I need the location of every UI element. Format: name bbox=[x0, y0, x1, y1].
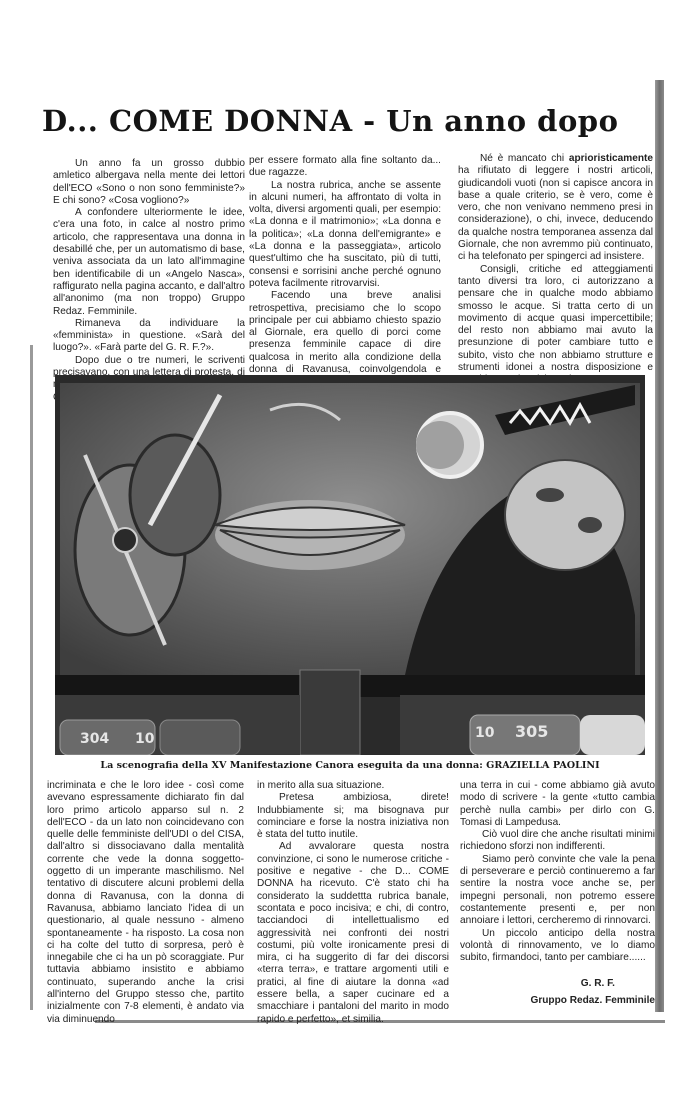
paragraph: Né è mancato chi aprioristicamente ha ri… bbox=[458, 153, 653, 264]
page-edge-right bbox=[655, 80, 664, 1012]
paragraph: La nostra rubrica, anche se assente in a… bbox=[249, 180, 441, 291]
page-edge-left bbox=[30, 345, 33, 1010]
paragraph: Pretesa ambiziosa, direte! Indubbiamente… bbox=[257, 792, 449, 841]
seat-number: 10 bbox=[475, 725, 495, 741]
emphasis: aprioristicamente bbox=[569, 153, 653, 164]
column-1: Un anno fa un grosso dubbio amletico alb… bbox=[53, 158, 245, 404]
paragraph: Ciò vuol dire che anche risultati minimi… bbox=[460, 829, 655, 854]
paragraph: una terra in cui - come abbiamo già avut… bbox=[460, 780, 655, 829]
signature-initials: G. R. F. bbox=[460, 978, 655, 990]
article-headline: D... COME DONNA - Un anno dopo bbox=[42, 104, 652, 144]
moon-motif bbox=[416, 413, 482, 477]
seat-number: 304 bbox=[80, 731, 109, 747]
paragraph: incriminata e che le loro idee - così co… bbox=[47, 780, 244, 1026]
paragraph: A confondere ulteriormente le idee, c'er… bbox=[53, 207, 245, 318]
seat-number: 10 bbox=[135, 731, 155, 747]
caption-artist-name: GRAZIELLA PAOLINI bbox=[486, 760, 600, 771]
column-4: incriminata e che le loro idee - così co… bbox=[47, 780, 244, 1026]
column-6: una terra in cui - come abbiamo già avut… bbox=[460, 780, 655, 1007]
signature-name: Gruppo Redaz. Femminile bbox=[460, 995, 655, 1007]
paragraph: Rimaneva da individuare la «femminista» … bbox=[53, 318, 245, 355]
column-2: per essere formato alla fine soltanto da… bbox=[249, 155, 441, 401]
photo-caption: La scenografia della XV Manifestazione C… bbox=[100, 760, 600, 771]
paragraph: Un piccolo anticipo della nostra volontà… bbox=[460, 928, 655, 965]
seat-number: 305 bbox=[515, 722, 548, 741]
article-photo: 304 10 10 305 bbox=[55, 375, 645, 755]
paragraph: per essere formato alla fine soltanto da… bbox=[249, 155, 441, 180]
paragraph: Ad avvalorare questa nostra convinzione,… bbox=[257, 841, 449, 1025]
paragraph: Consigli, critiche ed atteggiamenti tant… bbox=[458, 264, 653, 387]
paragraph: Un anno fa un grosso dubbio amletico alb… bbox=[53, 158, 245, 207]
column-5: in merito alla sua situazione. Pretesa a… bbox=[257, 780, 449, 1026]
paragraph: in merito alla sua situazione. bbox=[257, 780, 449, 792]
stage-mural-illustration: 304 10 10 305 bbox=[55, 375, 645, 755]
column-3: Né è mancato chi aprioristicamente ha ri… bbox=[458, 153, 653, 387]
paragraph: Siamo però convinte che vale la pena di … bbox=[460, 854, 655, 928]
